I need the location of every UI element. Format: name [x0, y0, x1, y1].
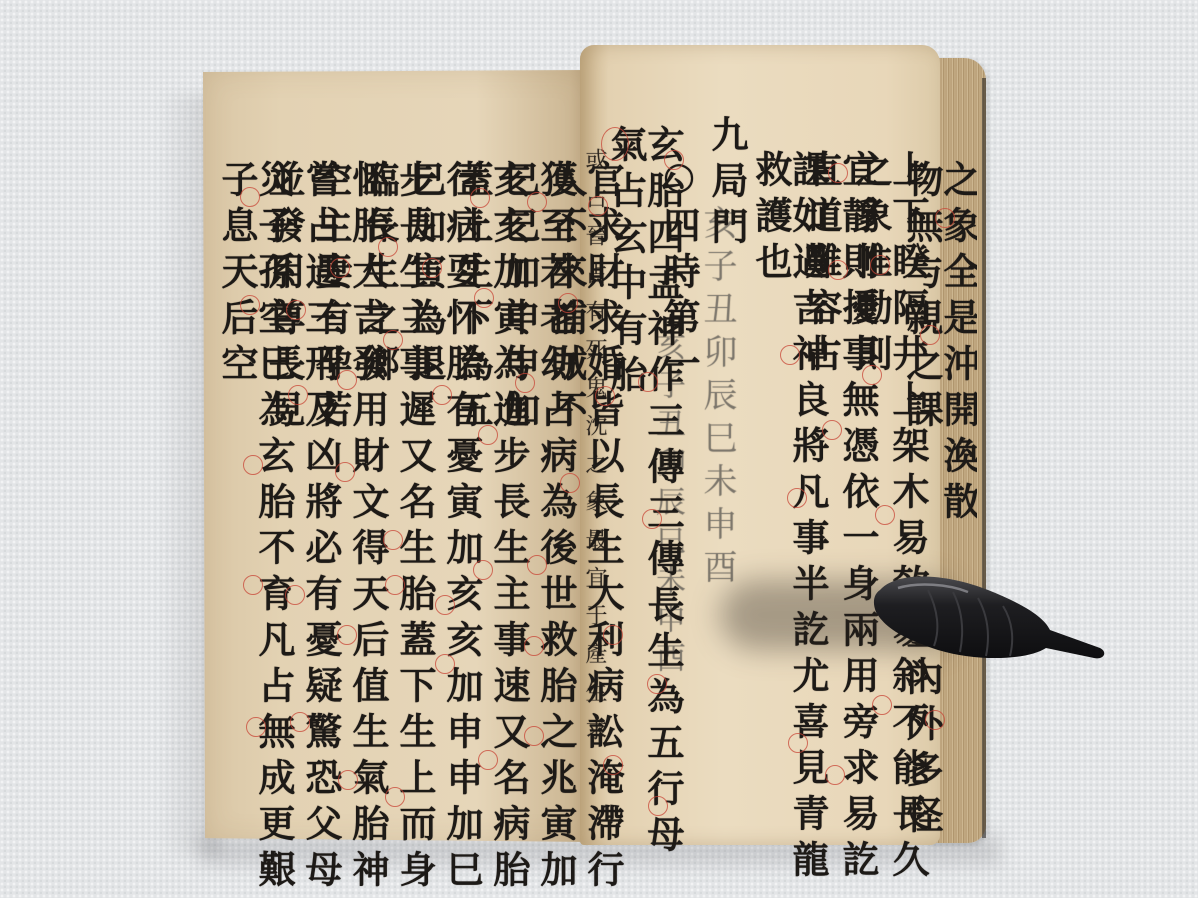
bleed-through-text: 亥子丑卯辰巳未申酉 — [700, 205, 734, 592]
left-col-8: 災子孫空巳為玄胎不育凡占無成更艱子息天后空 — [218, 160, 292, 898]
metal-pointer-weight[interactable] — [868, 560, 1108, 670]
right-col-4: 課如遇吉神良將凡事半訖尤喜見青龍救護也 — [752, 150, 826, 898]
section-title-jiuju-men: 九局門 — [708, 115, 745, 253]
